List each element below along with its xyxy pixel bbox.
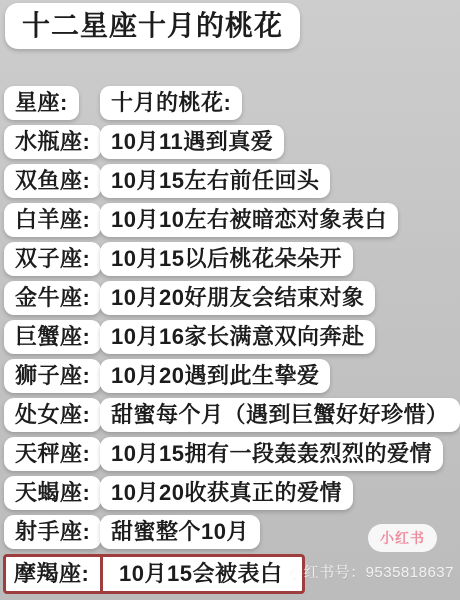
zodiac-fortune-value: 甜蜜整个10月 [100,515,260,549]
zodiac-sign-text: 射手座: [15,519,90,544]
zodiac-row: 双子座: 10月15以后桃花朵朵开 [4,242,460,276]
zodiac-sign-cell: 双鱼座: [4,164,100,198]
zodiac-sign-cell: 双子座: [4,242,100,276]
zodiac-fortune-text: 10月15左右前任回头 [111,168,319,193]
page-title: 十二星座十月的桃花 [5,3,300,49]
zodiac-row: 摩羯座: 10月15会被表白 [3,554,305,594]
zodiac-fortune-text: 10月15以后桃花朵朵开 [111,246,342,271]
zodiac-row: 狮子座: 10月20遇到此生挚爱 [4,359,460,393]
zodiac-fortune-text: 10月20遇到此生挚爱 [111,363,319,388]
zodiac-sign-cell: 处女座: [4,398,100,432]
zodiac-fortune-value: 十月的桃花: [100,86,242,120]
zodiac-fortune-text: 甜蜜每个月（遇到巨蟹好好珍惜） [111,402,449,427]
zodiac-row: 天蝎座: 10月20收获真正的爱情 [4,476,460,510]
zodiac-sign-cell: 巨蟹座: [4,320,100,354]
zodiac-row: 水瓶座: 10月11遇到真爱 [4,125,460,159]
zodiac-fortune-value: 10月11遇到真爱 [100,125,284,159]
zodiac-sign-label: 处女座: [4,398,101,432]
zodiac-fortune-text: 10月11遇到真爱 [111,129,273,154]
zodiac-fortune-text: 10月10左右被暗恋对象表白 [111,207,387,232]
zodiac-fortune-text: 10月16家长满意双向奔赴 [111,324,364,349]
zodiac-sign-text: 天蝎座: [15,480,90,505]
zodiac-fortune-text: 10月15拥有一段轰轰烈烈的爱情 [111,441,432,466]
zodiac-fortune-text: 10月20好朋友会结束对象 [111,285,364,310]
zodiac-row: 星座: 十月的桃花: [4,86,460,120]
zodiac-row: 处女座: 甜蜜每个月（遇到巨蟹好好珍惜） [4,398,460,432]
zodiac-sign-label: 双鱼座: [4,164,101,198]
zodiac-sign-cell: 金牛座: [4,281,100,315]
zodiac-row: 白羊座: 10月10左右被暗恋对象表白 [4,203,460,237]
zodiac-fortune-value: 10月20遇到此生挚爱 [100,359,330,393]
zodiac-sign-text: 白羊座: [15,207,90,232]
zodiac-row: 巨蟹座: 10月16家长满意双向奔赴 [4,320,460,354]
zodiac-fortune-text: 10月15会被表白 [119,561,282,586]
zodiac-fortune-text: 甜蜜整个10月 [111,519,249,544]
zodiac-sign-text: 狮子座: [15,363,90,388]
zodiac-sign-cell: 狮子座: [4,359,100,393]
zodiac-sign-text: 天秤座: [15,441,90,466]
zodiac-fortune-value: 10月15以后桃花朵朵开 [100,242,353,276]
zodiac-sign-label: 金牛座: [4,281,101,315]
zodiac-fortune-text: 十月的桃花: [111,90,231,115]
zodiac-sign-label: 星座: [4,86,79,120]
zodiac-sign-label: 天秤座: [4,437,101,471]
zodiac-sign-text: 星座: [15,90,68,115]
zodiac-sign-cell: 射手座: [4,515,100,549]
zodiac-sign-cell: 天蝎座: [4,476,100,510]
xiaohongshu-logo: 小红书 [368,524,437,552]
zodiac-sign-cell: 星座: [4,86,100,120]
zodiac-sign-label: 天蝎座: [4,476,101,510]
zodiac-row: 双鱼座: 10月15左右前任回头 [4,164,460,198]
zodiac-sign-label: 双子座: [4,242,101,276]
zodiac-sign-text: 双子座: [15,246,90,271]
zodiac-sign-cell: 摩羯座: [6,557,103,591]
zodiac-sign-text: 处女座: [15,402,90,427]
zodiac-sign-text: 巨蟹座: [15,324,90,349]
zodiac-sign-text: 金牛座: [15,285,90,310]
zodiac-fortune-value: 甜蜜每个月（遇到巨蟹好好珍惜） [100,398,460,432]
zodiac-sign-label: 巨蟹座: [4,320,101,354]
zodiac-fortune-value: 10月20好朋友会结束对象 [100,281,375,315]
zodiac-fortune-value: 10月15会被表白 [103,557,302,591]
zodiac-sign-label: 摩羯座: [6,557,100,591]
zodiac-sign-label: 狮子座: [4,359,101,393]
zodiac-sign-cell: 白羊座: [4,203,100,237]
zodiac-sign-text: 摩羯座: [14,561,89,586]
zodiac-fortune-value: 10月10左右被暗恋对象表白 [100,203,398,237]
zodiac-sign-text: 水瓶座: [15,129,90,154]
zodiac-sign-cell: 天秤座: [4,437,100,471]
zodiac-fortune-value: 10月20收获真正的爱情 [100,476,353,510]
zodiac-row: 天秤座: 10月15拥有一段轰轰烈烈的爱情 [4,437,460,471]
zodiac-sign-label: 白羊座: [4,203,101,237]
zodiac-fortune-text: 10月20收获真正的爱情 [111,480,342,505]
zodiac-sign-label: 射手座: [4,515,101,549]
zodiac-fortune-value: 10月15拥有一段轰轰烈烈的爱情 [100,437,443,471]
post-image-canvas: 十二星座十月的桃花 星座: 十月的桃花: 水瓶座: 10月11遇到真爱 双鱼座:… [0,0,460,594]
zodiac-fortune-list: 星座: 十月的桃花: 水瓶座: 10月11遇到真爱 双鱼座: 10月15左右前任… [4,86,460,594]
zodiac-sign-text: 双鱼座: [15,168,90,193]
zodiac-sign-label: 水瓶座: [4,125,101,159]
zodiac-row: 金牛座: 10月20好朋友会结束对象 [4,281,460,315]
zodiac-fortune-value: 10月15左右前任回头 [100,164,330,198]
zodiac-sign-cell: 水瓶座: [4,125,100,159]
xiaohongshu-account-id: 小红书号：9535818637 [288,561,454,582]
zodiac-fortune-value: 10月16家长满意双向奔赴 [100,320,375,354]
